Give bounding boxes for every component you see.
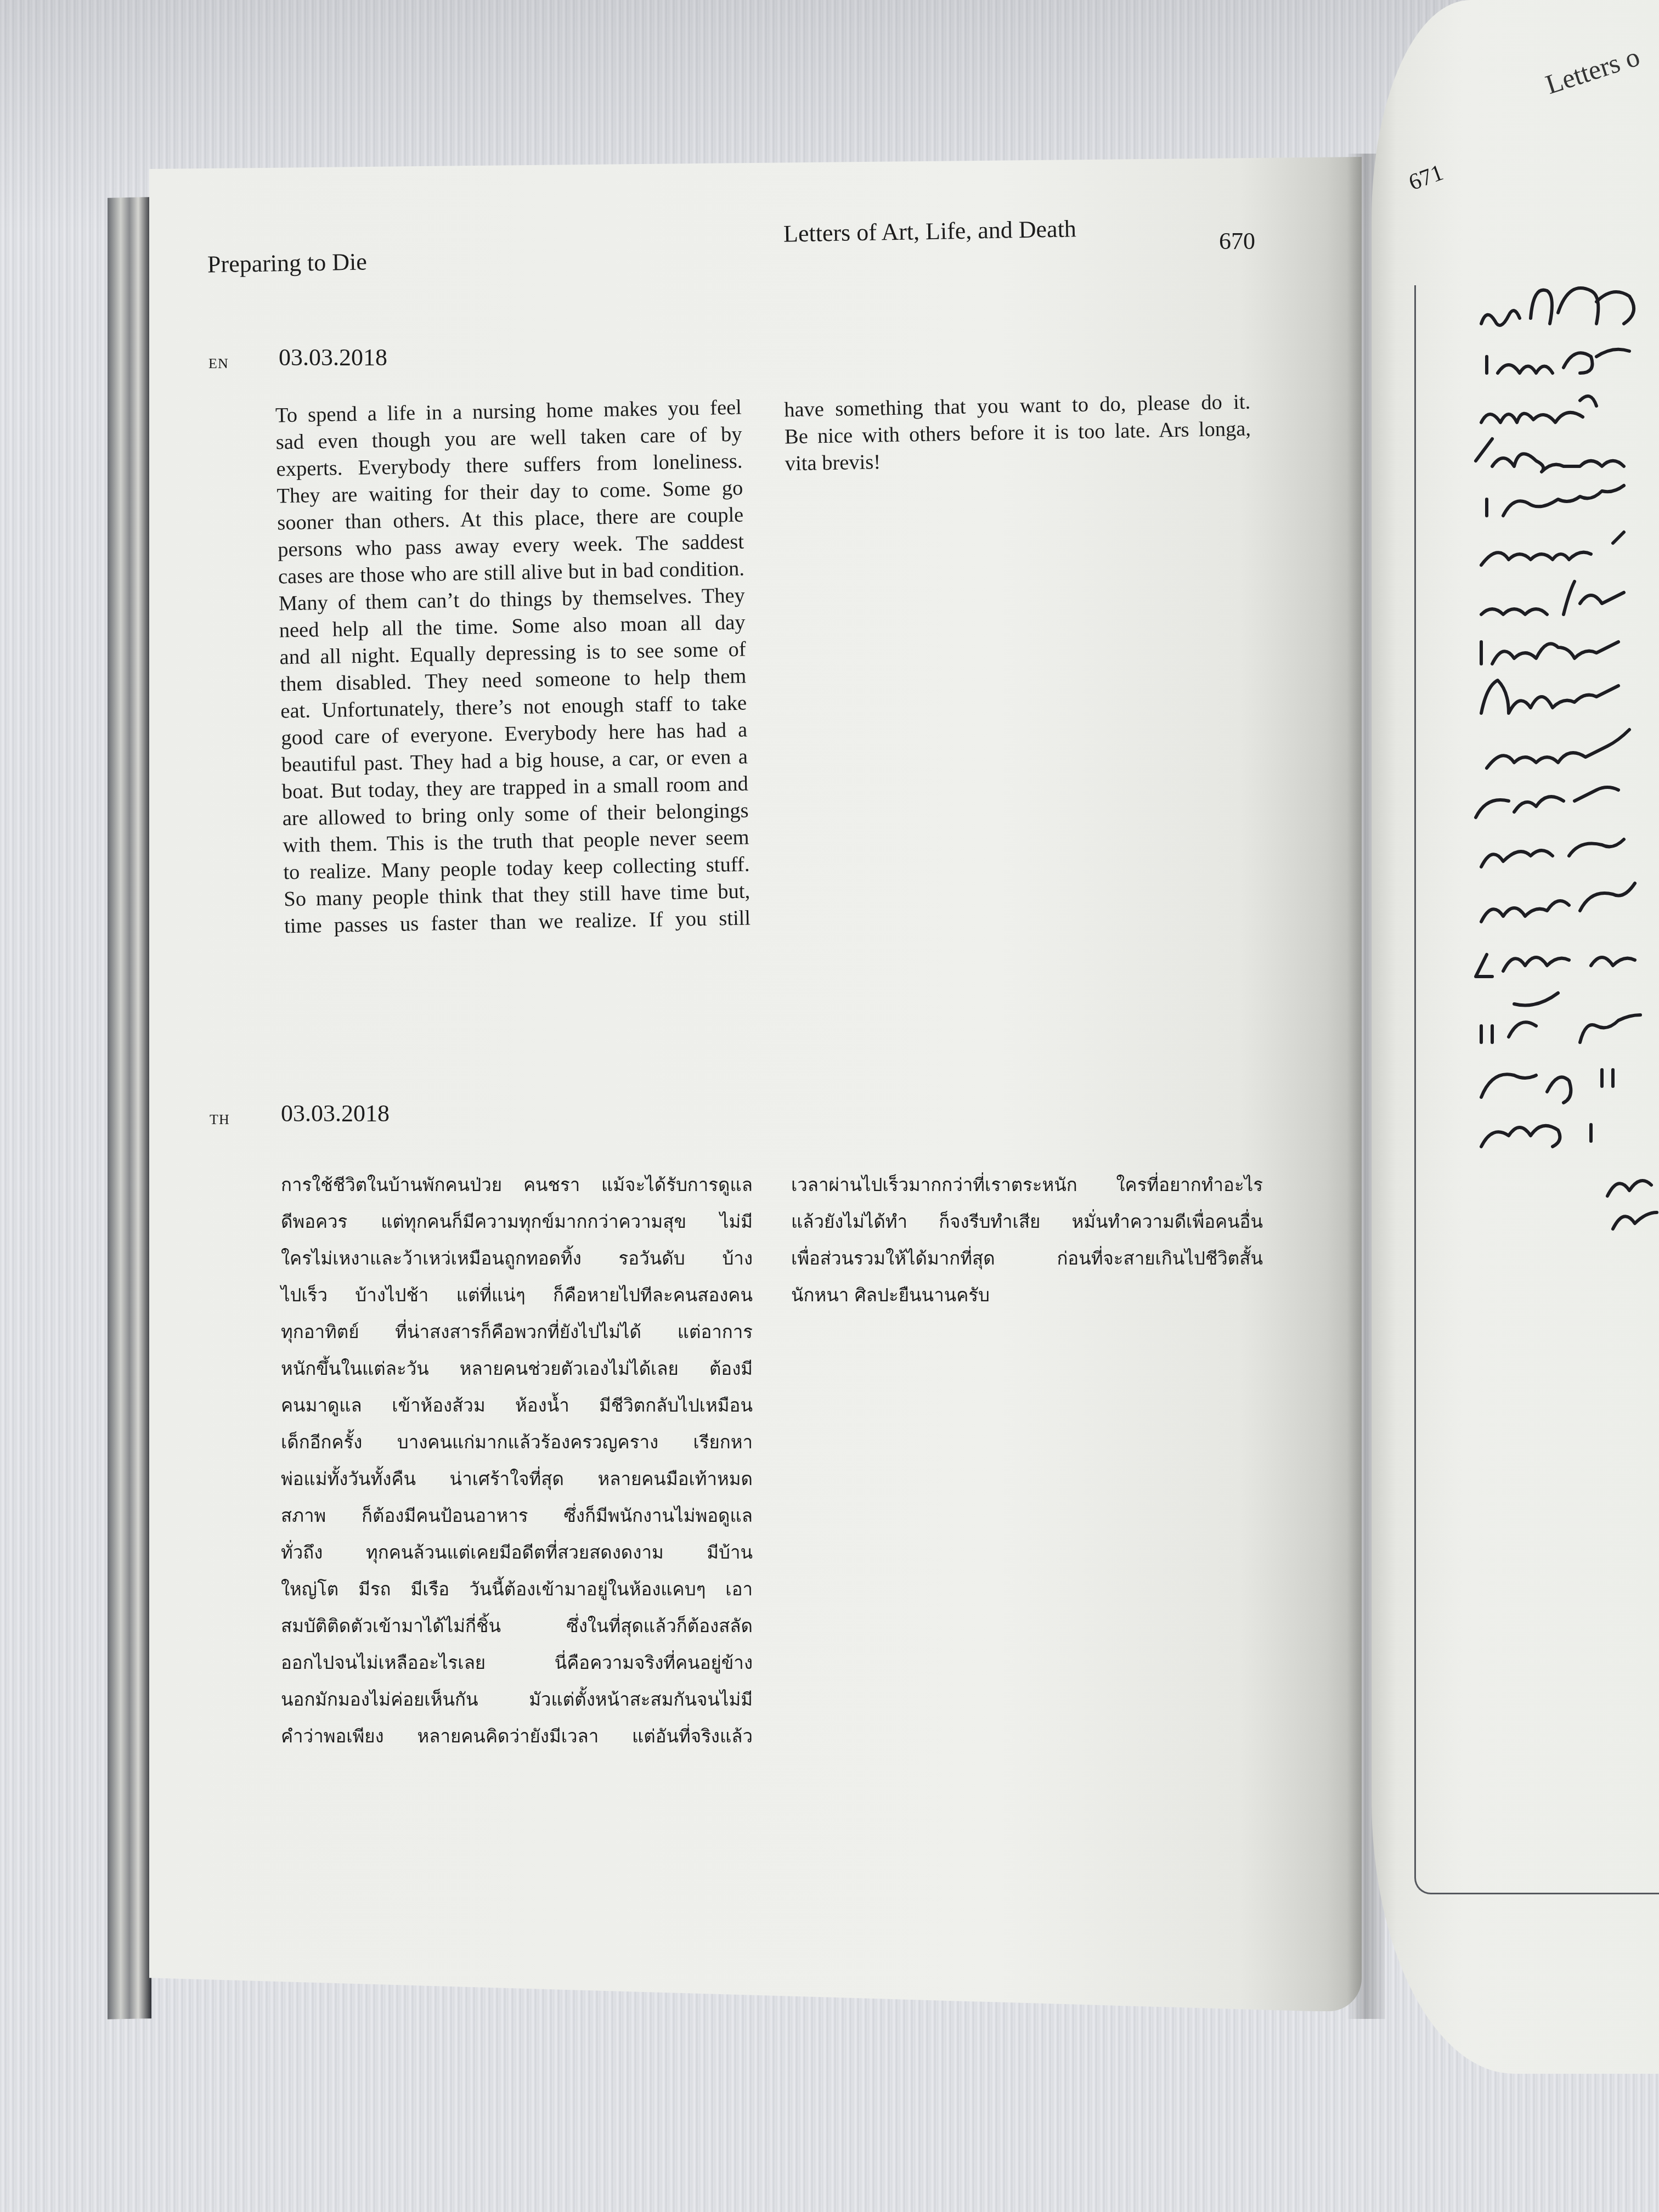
letter-date-en: 03.03.2018 — [279, 343, 387, 371]
running-head-book-title-partial: Letters o — [1542, 41, 1644, 101]
text-line: นักหนา ศิลปะยืนนานครับ — [791, 1277, 1263, 1313]
english-body-column-2: have something that you want to do, plea… — [784, 389, 1251, 478]
language-tag-th: TH — [210, 1111, 230, 1128]
book-page-stack — [108, 197, 151, 2019]
running-head-book-title: Letters of Art, Life, and Death — [783, 215, 1077, 247]
thai-body-column-2: เวลาผ่านไปเร็วมากกว่าที่เราตระหนัก ใครที… — [791, 1166, 1263, 1313]
text-line: สมบัติติดตัวเข้ามาได้ไม่กี่ชิ้น ซึ่งในที… — [281, 1607, 753, 1644]
handwritten-letter-image — [1470, 263, 1659, 1361]
page-number: 670 — [1219, 227, 1255, 255]
text-line: นอกมักมองไม่ค่อยเห็นกัน มัวแต่ตั้งหน้าสะ… — [281, 1681, 753, 1718]
text-line: ดีพอควร แต่ทุกคนก็มีความทุกข์มากกว่าความ… — [281, 1203, 753, 1240]
text-line: คนมาดูแล เข้าห้องส้วม ห้องน้ำ มีชีวิตกลั… — [281, 1387, 753, 1424]
language-tag-en: EN — [208, 356, 229, 372]
text-line: ทั่วถึง ทุกคนล้วนแต่เคยมีอดีตที่สวยสดงดง… — [281, 1534, 753, 1571]
letter-date-th: 03.03.2018 — [281, 1099, 390, 1127]
text-line: สภาพ ก็ต้องมีคนป้อนอาหาร ซึ่งก็มีพนักงาน… — [281, 1497, 753, 1534]
text-line: ใครไม่เหงาและว้าเหว่เหมือนถูกทอดทิ้ง รอว… — [281, 1240, 753, 1277]
text-line: ออกไปจนไม่เหลืออะไรเลย นี่คือความจริงที่… — [281, 1644, 753, 1681]
text-line: เด็กอีกครั้ง บางคนแก่มากแล้วร้องครวญคราง… — [281, 1424, 753, 1460]
right-page: Letters o 671 — [1372, 0, 1659, 2074]
text-line: หนักขึ้นในแต่ละวัน หลายคนช่วยตัวเองไม่ได… — [281, 1350, 753, 1387]
left-page: Preparing to Die Letters of Art, Life, a… — [149, 157, 1362, 2011]
text-line: พ่อแม่ทั้งวันทั้งคืน น่าเศร้าใจที่สุด หล… — [281, 1460, 753, 1497]
text-line: ทุกอาทิตย์ ที่น่าสงสารก็คือพวกที่ยังไปไม… — [281, 1313, 753, 1350]
text-line: คำว่าพอเพียง หลายคนคิดว่ายังมีเวลา แต่อั… — [281, 1718, 753, 1754]
thai-body-column-1: การใช้ชีวิตในบ้านพักคนป่วย คนชรา แม้จะได… — [281, 1166, 753, 1754]
english-body-column-1: To spend a life in a nursing home makes … — [275, 394, 751, 940]
text-line: ใหญ่โต มีรถ มีเรือ วันนี้ต้องเข้ามาอยู่ใ… — [281, 1571, 753, 1607]
text-line: แล้วยังไม่ได้ทำ ก็จงรีบทำเสีย หมั่นทำควา… — [791, 1203, 1263, 1240]
text-line: เวลาผ่านไปเร็วมากกว่าที่เราตระหนัก ใครที… — [791, 1166, 1263, 1203]
text-line: การใช้ชีวิตในบ้านพักคนป่วย คนชรา แม้จะได… — [281, 1166, 753, 1203]
page-number: 671 — [1406, 160, 1447, 196]
running-head-section: Preparing to Die — [207, 247, 368, 278]
text-line: ไปเร็ว บ้างไปช้า แต่ที่แน่ๆ ก็คือหายไปที… — [281, 1277, 753, 1313]
text-line: เพื่อส่วนรวมให้ได้มากที่สุด ก่อนที่จะสาย… — [791, 1240, 1263, 1277]
